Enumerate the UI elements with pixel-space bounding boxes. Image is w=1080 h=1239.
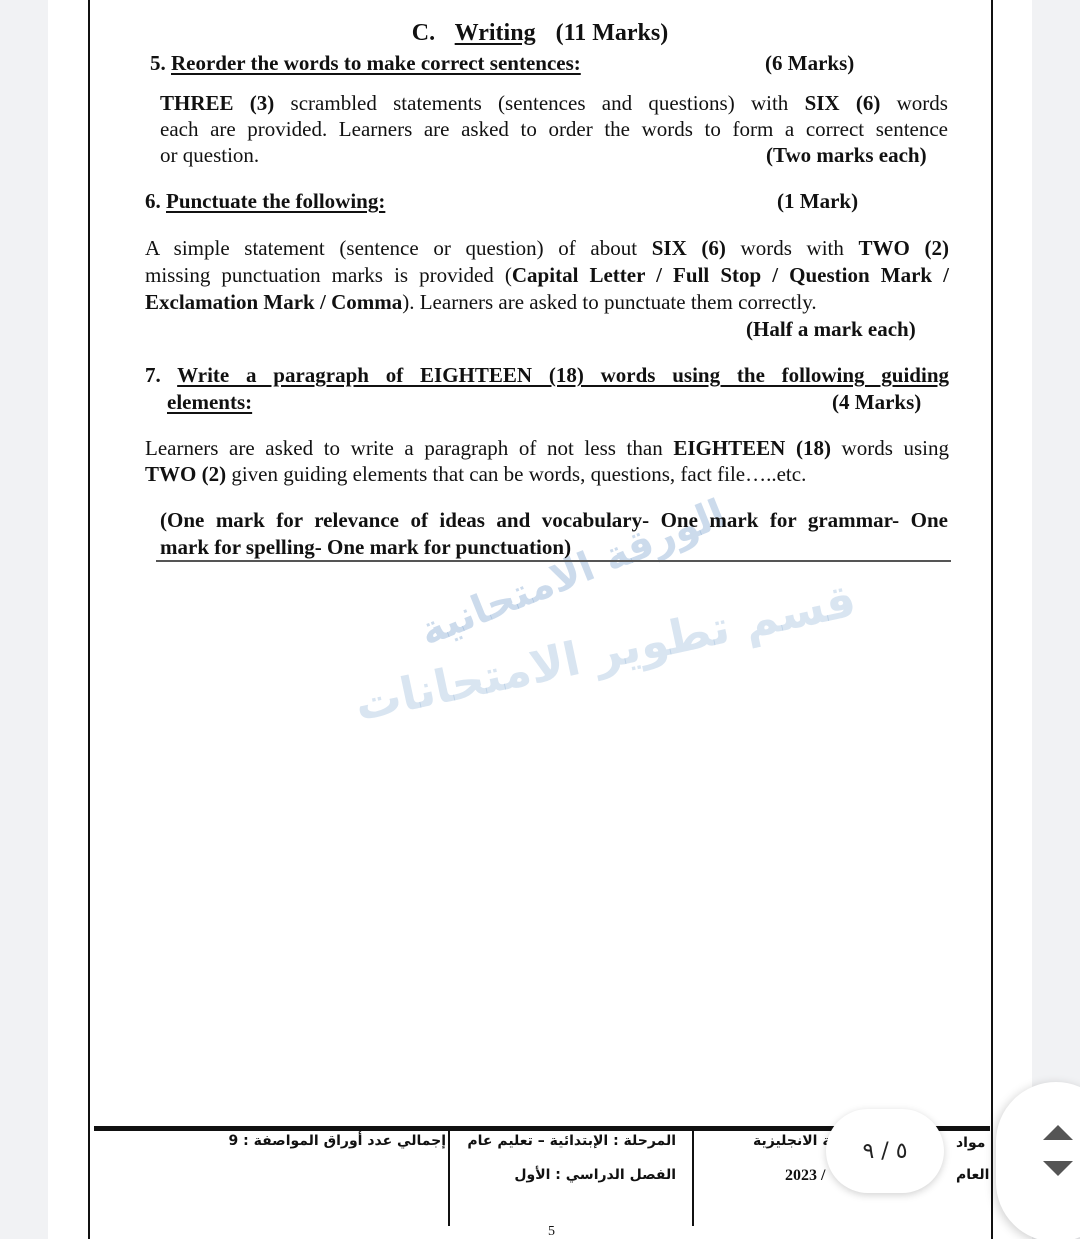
section-letter: C. bbox=[412, 20, 435, 46]
q6-marks: (1 Mark) bbox=[777, 188, 858, 214]
footer-general: العام bbox=[956, 1167, 989, 1183]
q5-body-line3: or question. bbox=[160, 142, 259, 168]
q5-number: 5. bbox=[150, 51, 166, 75]
footer-divider-1 bbox=[448, 1131, 450, 1226]
q5-heading-text: Reorder the words to make correct senten… bbox=[171, 51, 581, 75]
q6-text-a: A simple statement (sentence or question… bbox=[145, 236, 652, 260]
q5-six: SIX (6) bbox=[805, 91, 881, 115]
q6-body-line2: missing punctuation marks is provided (C… bbox=[145, 262, 949, 288]
q5-body-words: words bbox=[880, 91, 948, 115]
footer-page-number: 5 bbox=[548, 1224, 555, 1239]
footer-stage: المرحلة : الإبتدائية – تعليم عام bbox=[467, 1133, 676, 1149]
footer-divider-2 bbox=[692, 1131, 694, 1226]
q7-heading-line1: 7. Write a paragraph of EIGHTEEN (18) wo… bbox=[145, 362, 949, 388]
footer-total-pages: إجمالي عدد أوراق المواصفة : 9 bbox=[229, 1133, 447, 1149]
q6-body-line3: Exclamation Mark / Comma). Learners are … bbox=[145, 289, 817, 315]
section-name: Writing bbox=[455, 20, 536, 46]
q6-text-line2a: missing punctuation marks is provided ( bbox=[145, 263, 512, 287]
rubric-underline bbox=[156, 560, 951, 562]
q6-text-line3b: ). Learners are asked to punctuate them … bbox=[402, 290, 816, 314]
q5-heading: 5. Reorder the words to make correct sen… bbox=[150, 50, 581, 76]
page-border-right bbox=[991, 0, 993, 1239]
q6-six: SIX (6) bbox=[652, 236, 726, 260]
q7-two: TWO (2) bbox=[145, 462, 226, 486]
q7-heading-text: Write a paragraph of EIGHTEEN (18) words… bbox=[177, 363, 949, 387]
q6-marks-list: Capital Letter / Full Stop / Question Ma… bbox=[512, 263, 949, 287]
q6-number: 6. bbox=[145, 189, 161, 213]
footer-term: الفصل الدراسي : الأول bbox=[514, 1167, 676, 1183]
q5-body-line1: THREE (3) scrambled statements (sentence… bbox=[160, 90, 948, 116]
q6-heading: 6. Punctuate the following: bbox=[145, 188, 385, 214]
q6-text-c: words with bbox=[726, 236, 859, 260]
q7-heading-line2: elements: bbox=[167, 389, 252, 415]
q7-eighteen: EIGHTEEN (18) bbox=[673, 436, 831, 460]
q7-text-a: Learners are asked to write a paragraph … bbox=[145, 436, 673, 460]
page-border-left bbox=[88, 0, 90, 1239]
footer-year: 2023 / bbox=[785, 1167, 825, 1185]
section-title: C. Writing (11 Marks) bbox=[0, 20, 1080, 46]
q7-rubric-line1: (One mark for relevance of ideas and voc… bbox=[160, 507, 948, 533]
page-indicator-text: ٥ / ٩ bbox=[862, 1139, 907, 1164]
q7-body-line2: TWO (2) given guiding elements that can … bbox=[145, 461, 806, 487]
q7-marks: (4 Marks) bbox=[832, 389, 921, 415]
q7-rubric-line2: mark for spelling- One mark for punctuat… bbox=[160, 534, 571, 560]
q5-three: THREE (3) bbox=[160, 91, 274, 115]
q5-note: (Two marks each) bbox=[766, 142, 927, 168]
q7-body-line1: Learners are asked to write a paragraph … bbox=[145, 435, 949, 461]
footer-materials: مواد bbox=[956, 1135, 985, 1151]
q6-marks-list-end: Exclamation Mark / Comma bbox=[145, 290, 402, 314]
q7-number: 7. bbox=[145, 363, 161, 387]
q7-text-line2b: given guiding elements that can be words… bbox=[226, 462, 806, 486]
q6-note: (Half a mark each) bbox=[746, 316, 916, 342]
q6-two: TWO (2) bbox=[859, 236, 949, 260]
page-indicator: ٥ / ٩ bbox=[826, 1109, 944, 1193]
q7-text-c: words using bbox=[831, 436, 949, 460]
q5-marks: (6 Marks) bbox=[765, 50, 854, 76]
q5-body-text: scrambled statements (sentences and ques… bbox=[274, 91, 804, 115]
document-page bbox=[48, 0, 1032, 1239]
q5-body-line2: each are provided. Learners are asked to… bbox=[160, 116, 948, 142]
scroll-down-icon[interactable] bbox=[1043, 1161, 1073, 1176]
q6-heading-text: Punctuate the following: bbox=[166, 189, 385, 213]
q6-body-line1: A simple statement (sentence or question… bbox=[145, 235, 949, 261]
section-marks: (11 Marks) bbox=[556, 20, 669, 46]
scroll-up-icon[interactable] bbox=[1043, 1125, 1073, 1140]
